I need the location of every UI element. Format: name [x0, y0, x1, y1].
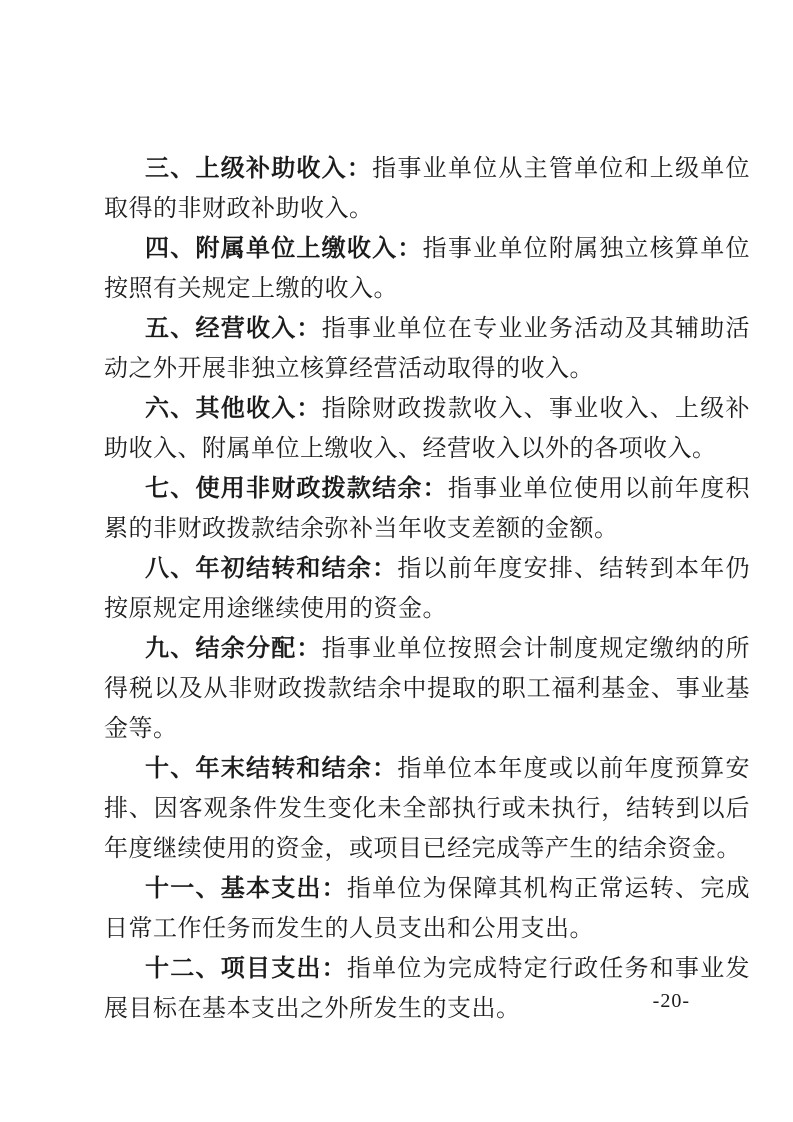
term-label: 五、经营收入：	[145, 316, 322, 342]
term-label: 六、其他收入：	[145, 396, 322, 422]
term-label: 九、结余分配：	[145, 636, 322, 662]
term-label: 十、年末结转和结余：	[145, 756, 397, 782]
term-label: 七、使用非财政拨款结余：	[145, 476, 448, 502]
definition-paragraph: 十一、基本支出：指单位为保障其机构正常运转、完成日常工作任务而发生的人员支出和公…	[104, 869, 750, 949]
document-page: 三、上级补助收入：指事业单位从主管单位和上级单位取得的非财政补助收入。 四、附属…	[0, 0, 793, 1122]
term-label: 八、年初结转和结余：	[145, 556, 397, 582]
term-label: 十二、项目支出：	[145, 956, 347, 982]
definition-paragraph: 十二、项目支出：指单位为完成特定行政任务和事业发展目标在基本支出之外所发生的支出…	[104, 949, 750, 1029]
page-number: -20-	[653, 990, 690, 1012]
definition-paragraph: 三、上级补助收入：指事业单位从主管单位和上级单位取得的非财政补助收入。	[104, 149, 750, 229]
definition-paragraph: 五、经营收入：指事业单位在专业业务活动及其辅助活动之外开展非独立核算经营活动取得…	[104, 309, 750, 389]
definition-paragraph: 六、其他收入：指除财政拨款收入、事业收入、上级补助收入、附属单位上缴收入、经营收…	[104, 389, 750, 469]
term-label: 四、附属单位上缴收入：	[145, 236, 423, 262]
definition-paragraph: 七、使用非财政拨款结余：指事业单位使用以前年度积累的非财政拨款结余弥补当年收支差…	[104, 469, 750, 549]
definition-paragraph: 八、年初结转和结余：指以前年度安排、结转到本年仍按原规定用途继续使用的资金。	[104, 549, 750, 629]
definition-paragraph: 四、附属单位上缴收入：指事业单位附属独立核算单位按照有关规定上缴的收入。	[104, 229, 750, 309]
term-label: 十一、基本支出：	[145, 876, 347, 902]
term-label: 三、上级补助收入：	[145, 156, 372, 182]
definition-paragraph: 十、年末结转和结余：指单位本年度或以前年度预算安排、因客观条件发生变化未全部执行…	[104, 749, 750, 869]
document-body: 三、上级补助收入：指事业单位从主管单位和上级单位取得的非财政补助收入。 四、附属…	[104, 149, 750, 1029]
definition-paragraph: 九、结余分配：指事业单位按照会计制度规定缴纳的所得税以及从非财政拨款结余中提取的…	[104, 629, 750, 749]
